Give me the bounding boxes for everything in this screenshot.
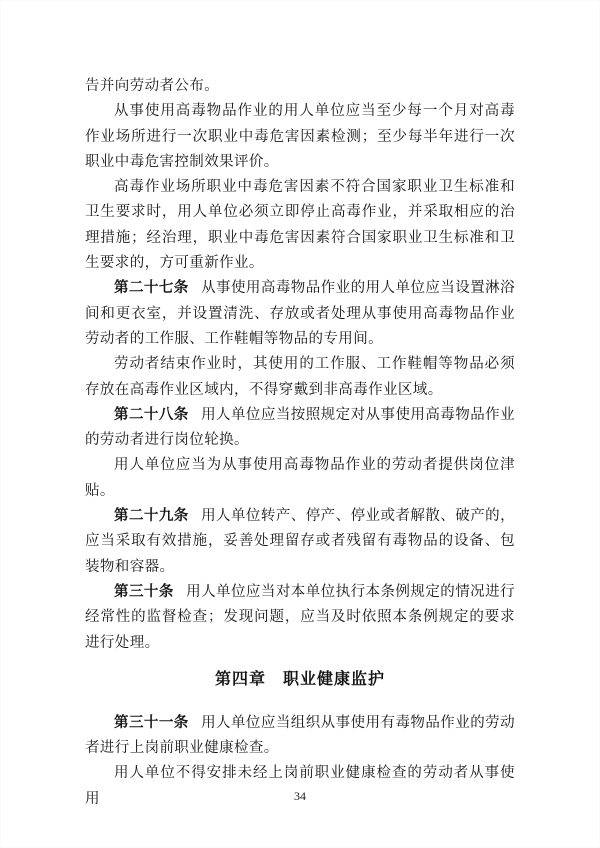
paragraph: 高毒作业场所职业中毒危害因素不符合国家职业卫生标准和卫生要求时，用人单位必须立即… (85, 175, 515, 276)
article-paragraph: 第二十九条用人单位转产、停产、停业或者解散、破产的，应当采取有效措施，妥善处理留… (85, 504, 515, 580)
article-number: 第三十一条 (114, 715, 189, 731)
paragraph-continuation: 告并向劳动者公布。 (85, 74, 515, 99)
paragraph: 劳动者结束作业时，其使用的工作服、工作鞋帽等物品必须存放在高毒作业区域内，不得穿… (85, 352, 515, 403)
document-page: 告并向劳动者公布。 从事使用高毒物品作业的用人单位应当至少每一个月对高毒作业场所… (0, 0, 600, 848)
chapter-heading: 第四章 职业健康监护 (85, 669, 515, 691)
article-number: 第二十九条 (114, 508, 189, 524)
article-paragraph: 第三十条用人单位应当对本单位执行本条例规定的情况进行经常性的监督检查；发现问题，… (85, 580, 515, 656)
paragraph: 用人单位不得安排未经上岗前职业健康检查的劳动者从事使用 (85, 761, 515, 812)
paragraph: 从事使用高毒物品作业的用人单位应当至少每一个月对高毒作业场所进行一次职业中毒危害… (85, 99, 515, 175)
article-paragraph: 第二十八条用人单位应当按照规定对从事使用高毒物品作业的劳动者进行岗位轮换。 (85, 403, 515, 454)
article-paragraph: 第二十七条从事使用高毒物品作业的用人单位应当设置淋浴间和更衣室，并设置清洗、存放… (85, 276, 515, 352)
paragraph: 用人单位应当为从事使用高毒物品作业的劳动者提供岗位津贴。 (85, 453, 515, 504)
article-paragraph: 第三十一条用人单位应当组织从事使用有毒物品作业的劳动者进行上岗前职业健康检查。 (85, 711, 515, 762)
page-number: 34 (0, 789, 600, 804)
article-number: 第二十七条 (114, 280, 189, 296)
article-number: 第二十八条 (114, 407, 189, 423)
article-number: 第三十条 (114, 584, 174, 600)
document-content: 告并向劳动者公布。 从事使用高毒物品作业的用人单位应当至少每一个月对高毒作业场所… (85, 74, 515, 812)
